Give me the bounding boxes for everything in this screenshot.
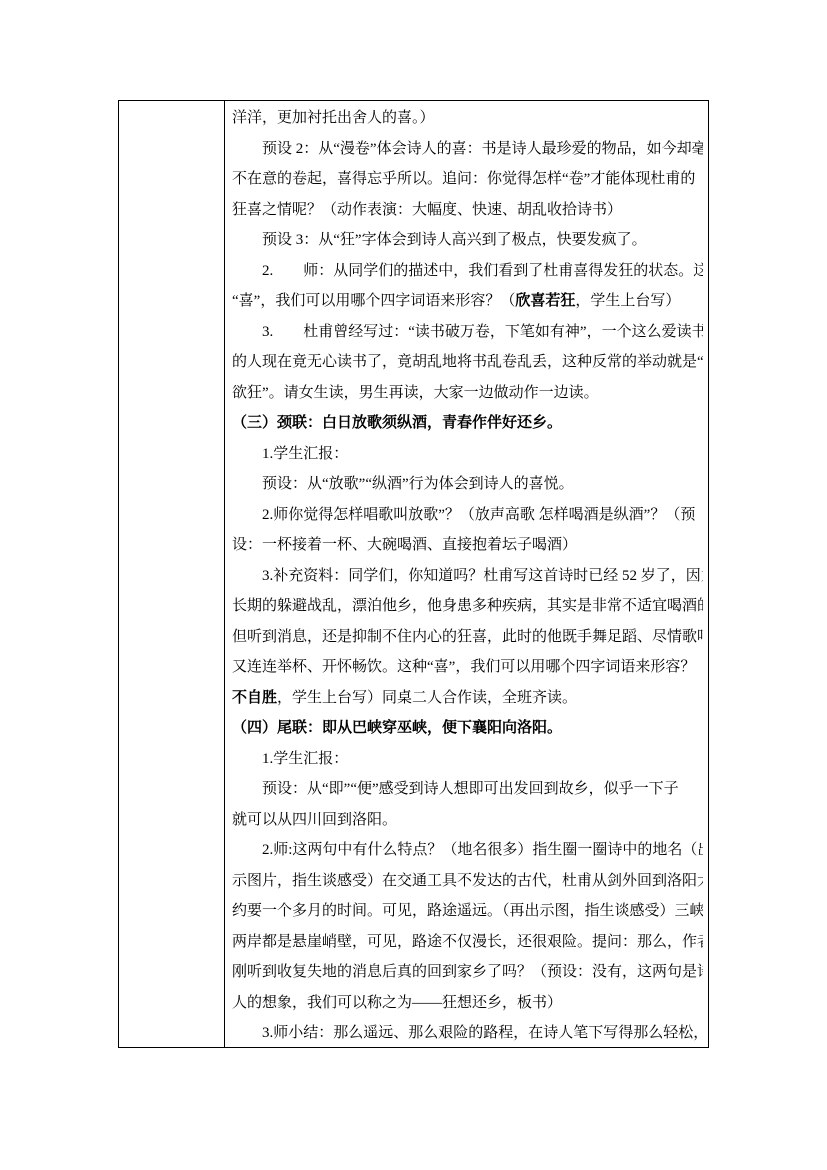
bold-text-segment: 欣喜若狂 xyxy=(515,293,575,309)
text-segment: 3. 杜甫曾经写过：“读书破万卷，下笔如有神”，一个这么爱读书 xyxy=(232,324,703,340)
text-line: 设：一杯接着一杯、大碗喝酒、直接抱着坛子喝酒） xyxy=(232,530,703,561)
text-line: 欲狂”。请女生读，男生再读，大家一边做动作一边读。 xyxy=(232,378,703,409)
text-line: 3.师小结：那么遥远、那么艰险的路程，在诗人笔下写得那么轻松， xyxy=(232,1018,703,1047)
text-line: （三）颈联：白日放歌须纵酒，青春作伴好还乡。 xyxy=(232,408,703,439)
text-line: 就可以从四川回到洛阳。 xyxy=(232,805,703,836)
lesson-plan-table: 洋洋，更加衬托出舍人的喜。） 预设 2：从“漫卷”体会诗人的喜：书是诗人最珍爱的… xyxy=(118,100,709,1048)
text-segment: 两岸都是悬崖峭壁，可见，路途不仅漫长，还很艰险。提问：那么，作者 xyxy=(232,934,703,950)
text-line: 长期的躲避战乱，漂泊他乡，他身患多种疾病，其实是非常不适宜喝酒的。 xyxy=(232,591,703,622)
text-segment: “喜”，我们可以用哪个四字词语来形容？（ xyxy=(232,293,515,309)
text-line: 2. 师：从同学们的描述中，我们看到了杜甫喜得发狂的状态。这种 xyxy=(232,256,703,287)
text-segment: 长期的躲避战乱，漂泊他乡，他身患多种疾病，其实是非常不适宜喝酒的。 xyxy=(232,598,703,614)
table-content-cell: 洋洋，更加衬托出舍人的喜。） 预设 2：从“漫卷”体会诗人的喜：书是诗人最珍爱的… xyxy=(225,101,708,1047)
text-segment: 不在意的卷起，喜得忘乎所以。追问：你觉得怎样“卷”才能体现杜甫的 xyxy=(232,171,695,187)
text-segment: 欲狂”。请女生读，男生再读，大家一边做动作一边读。 xyxy=(232,385,599,401)
text-segment: 的人现在竟无心读书了，竟胡乱地将书乱卷乱丢，这种反常的举动就是“喜 xyxy=(232,354,703,370)
text-segment: 示图片，指生谈感受）在交通工具不发达的古代，杜甫从剑外回到洛阳大 xyxy=(232,873,703,889)
text-line: 不在意的卷起，喜得忘乎所以。追问：你觉得怎样“卷”才能体现杜甫的 xyxy=(232,164,703,195)
bold-text-segment: （三）颈联：白日放歌须纵酒，青春作伴好还乡。 xyxy=(232,415,562,431)
text-line: 两岸都是悬崖峭壁，可见，路途不仅漫长，还很艰险。提问：那么，作者 xyxy=(232,927,703,958)
text-segment: 人的想象，我们可以称之为——狂想还乡，板书） xyxy=(232,995,562,1011)
text-line: 3. 杜甫曾经写过：“读书破万卷，下笔如有神”，一个这么爱读书 xyxy=(232,317,703,348)
text-line: 又连连举杯、开怀畅饮。这种“喜”，我们可以用哪个四字词语来形容？（喜 xyxy=(232,652,703,683)
text-line: 预设 2：从“漫卷”体会诗人的喜：书是诗人最珍爱的物品，如今却毫 xyxy=(232,134,703,165)
text-segment: 设：一杯接着一杯、大碗喝酒、直接抱着坛子喝酒） xyxy=(232,537,577,553)
text-segment: 2.师:这两句中有什么特点？（地名很多）指生圈一圈诗中的地名（出 xyxy=(232,842,703,858)
text-line: 示图片，指生谈感受）在交通工具不发达的古代，杜甫从剑外回到洛阳大 xyxy=(232,866,703,897)
text-segment: ，学生上台写）同桌二人合作读，全班齐读。 xyxy=(277,690,577,706)
text-segment: 2.师你觉得怎样唱歌叫放歌”？（放声高歌 怎样喝酒是纵酒”？（预 xyxy=(232,507,695,523)
text-segment: 预设：从“即”“便”感受到诗人想即可出发回到故乡，似乎一下子 xyxy=(232,781,679,797)
text-segment: ，学生上台写） xyxy=(575,293,680,309)
text-line: 人的想象，我们可以称之为——狂想还乡，板书） xyxy=(232,988,703,1019)
text-line: 狂喜之情呢？（动作表演：大幅度、快速、胡乱收拾诗书） xyxy=(232,195,703,226)
text-line: 但听到消息，还是抑制不住内心的狂喜，此时的他既手舞足蹈、尽情歌唱， xyxy=(232,622,703,653)
text-segment: 狂喜之情呢？（动作表演：大幅度、快速、胡乱收拾诗书） xyxy=(232,202,622,218)
text-line: 的人现在竟无心读书了，竟胡乱地将书乱卷乱丢，这种反常的举动就是“喜 xyxy=(232,347,703,378)
text-segment: 预设 3：从“狂”字体会到诗人高兴到了极点，快要发疯了。 xyxy=(232,232,647,248)
text-line: 2.师:这两句中有什么特点？（地名很多）指生圈一圈诗中的地名（出 xyxy=(232,835,703,866)
text-line: 洋洋，更加衬托出舍人的喜。） xyxy=(232,103,703,134)
text-segment: 洋洋，更加衬托出舍人的喜。） xyxy=(232,110,435,126)
text-line: “喜”，我们可以用哪个四字词语来形容？（欣喜若狂，学生上台写） xyxy=(232,286,703,317)
text-segment: 约要一个多月的时间。可见，路途遥远。（再出示图，指生谈感受）三峡 xyxy=(232,903,703,919)
text-segment: 刚听到收复失地的消息后真的回到家乡了吗？（预设：没有，这两句是诗 xyxy=(232,964,703,980)
text-line: 1.学生汇报： xyxy=(232,744,703,775)
text-line: 不自胜，学生上台写）同桌二人合作读，全班齐读。 xyxy=(232,683,703,714)
text-line: （四）尾联：即从巴峡穿巫峡，便下襄阳向洛阳。 xyxy=(232,713,703,744)
text-line: 预设：从“即”“便”感受到诗人想即可出发回到故乡，似乎一下子 xyxy=(232,774,703,805)
text-segment: 1.学生汇报： xyxy=(232,446,348,462)
bold-text-segment: 不自胜 xyxy=(232,690,277,706)
text-line: 预设：从“放歌”“纵酒”行为体会到诗人的喜悦。 xyxy=(232,469,703,500)
text-line: 1.学生汇报： xyxy=(232,439,703,470)
bold-text-segment: （四）尾联：即从巴峡穿巫峡，便下襄阳向洛阳。 xyxy=(232,720,562,736)
text-segment: 但听到消息，还是抑制不住内心的狂喜，此时的他既手舞足蹈、尽情歌唱， xyxy=(232,629,703,645)
document-page: 洋洋，更加衬托出舍人的喜。） 预设 2：从“漫卷”体会诗人的喜：书是诗人最珍爱的… xyxy=(0,0,827,1170)
text-segment: 1.学生汇报： xyxy=(232,751,348,767)
text-segment: 2. 师：从同学们的描述中，我们看到了杜甫喜得发狂的状态。这种 xyxy=(232,263,703,279)
text-line: 预设 3：从“狂”字体会到诗人高兴到了极点，快要发疯了。 xyxy=(232,225,703,256)
text-line: 3.补充资料：同学们，你知道吗？杜甫写这首诗时已经 52 岁了，因为 xyxy=(232,561,703,592)
text-line: 刚听到收复失地的消息后真的回到家乡了吗？（预设：没有，这两句是诗 xyxy=(232,957,703,988)
text-segment: 就可以从四川回到洛阳。 xyxy=(232,812,397,828)
text-segment: 预设 2：从“漫卷”体会诗人的喜：书是诗人最珍爱的物品，如今却毫 xyxy=(232,141,703,157)
text-segment: 3.补充资料：同学们，你知道吗？杜甫写这首诗时已经 52 岁了，因为 xyxy=(232,568,703,584)
text-line: 约要一个多月的时间。可见，路途遥远。（再出示图，指生谈感受）三峡 xyxy=(232,896,703,927)
text-segment: 又连连举杯、开怀畅饮。这种“喜”，我们可以用哪个四字词语来形容？（ xyxy=(232,659,703,675)
text-line: 2.师你觉得怎样唱歌叫放歌”？（放声高歌 怎样喝酒是纵酒”？（预 xyxy=(232,500,703,531)
text-segment: 3.师小结：那么遥远、那么艰险的路程，在诗人笔下写得那么轻松， xyxy=(232,1025,703,1041)
text-segment: 预设：从“放歌”“纵酒”行为体会到诗人的喜悦。 xyxy=(232,476,574,492)
table-left-cell xyxy=(119,101,225,1047)
